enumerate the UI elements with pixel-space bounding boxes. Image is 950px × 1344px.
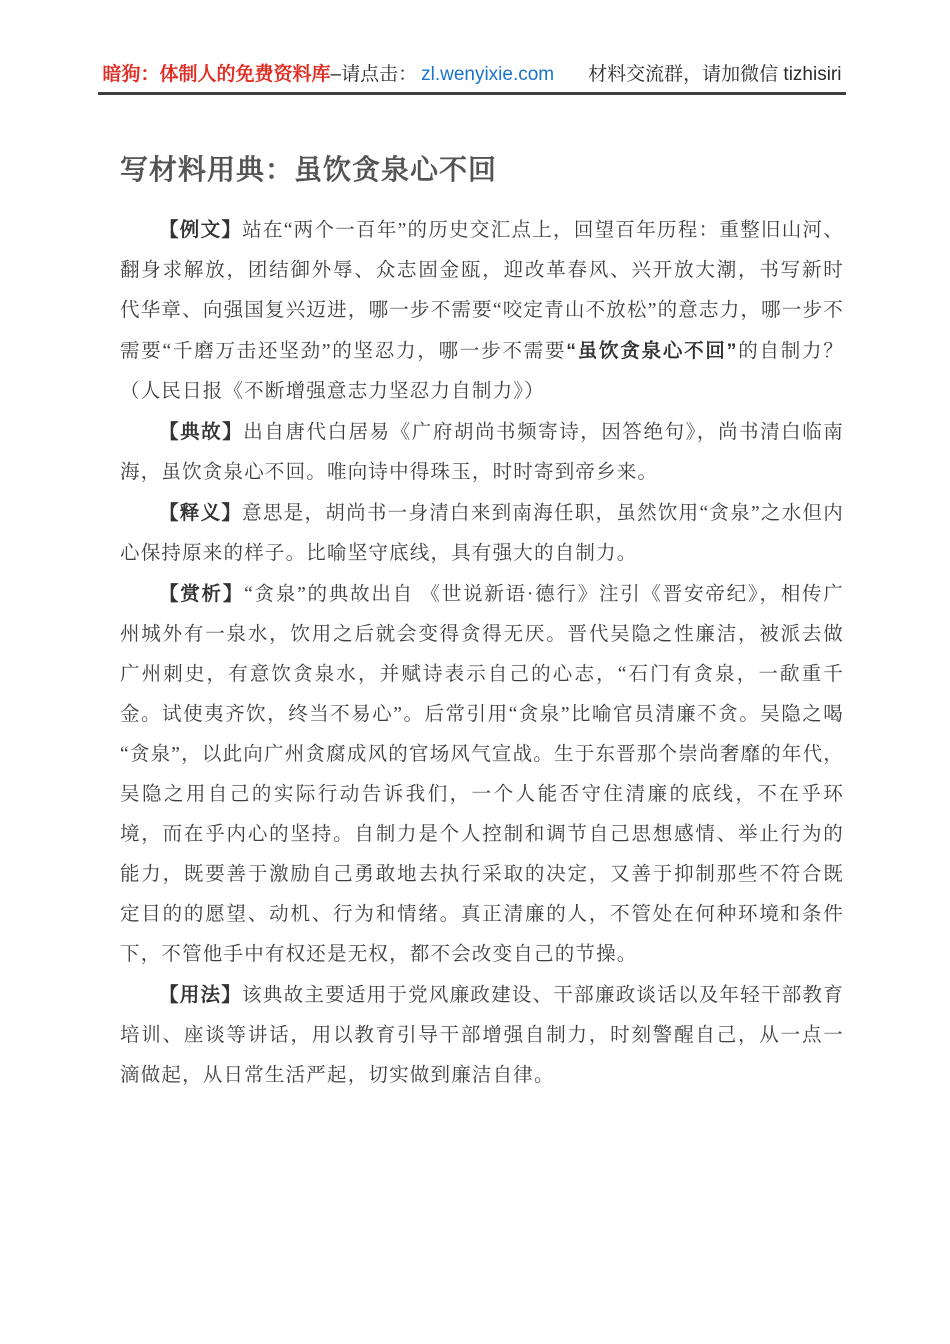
bold-run: 【例文】 — [159, 219, 242, 241]
header-right-text: 材料交流群，请加微信 tizhisiri — [588, 64, 841, 85]
document-page: 暗狗：体制人的免费资料库–请点击：zl.wenyixie.com材料交流群，请加… — [0, 0, 950, 1344]
header-click-text: –请点击： — [331, 64, 418, 85]
bold-run: 【赏析】 — [159, 583, 244, 605]
page-title: 写材料用典：虽饮贪泉心不回 — [120, 148, 844, 188]
article-body: 【例文】站在“两个一百年”的历史交汇点上，回望百年历程：重整旧山河、翻身求解放，… — [120, 210, 844, 1096]
header-link[interactable]: zl.wenyixie.com — [421, 64, 554, 85]
page-header: 暗狗：体制人的免费资料库–请点击：zl.wenyixie.com材料交流群，请加… — [98, 62, 846, 88]
header-red-text: 暗狗：体制人的免费资料库 — [103, 64, 331, 85]
bold-run: 【释义】 — [159, 502, 242, 524]
bold-run: “虽饮贪泉心不回” — [566, 340, 737, 362]
paragraph: 【典故】出自唐代白居易《广府胡尚书频寄诗，因答绝句》，尚书清白临南海，虽饮贪泉心… — [120, 412, 844, 493]
bold-run: 【典故】 — [159, 421, 243, 443]
paragraph: 【赏析】“贪泉”的典故出自 《世说新语·德行》注引《晋安帝纪》，相传广州城外有一… — [120, 574, 844, 975]
paragraph: 【例文】站在“两个一百年”的历史交汇点上，回望百年历程：重整旧山河、翻身求解放，… — [120, 210, 844, 412]
text-run: “贪泉”的典故出自 《世说新语·德行》注引《晋安帝纪》，相传广州城外有一泉水，饮… — [120, 584, 844, 965]
paragraph: 【释义】意思是，胡尚书一身清白来到南海任职，虽然饮用“贪泉”之水但内心保持原来的… — [120, 493, 844, 574]
bold-run: 【用法】 — [159, 984, 242, 1006]
paragraph: 【用法】该典故主要适用于党风廉政建设、干部廉政谈话以及年轻干部教育培训、座谈等讲… — [120, 975, 844, 1096]
header-rule — [98, 92, 846, 95]
